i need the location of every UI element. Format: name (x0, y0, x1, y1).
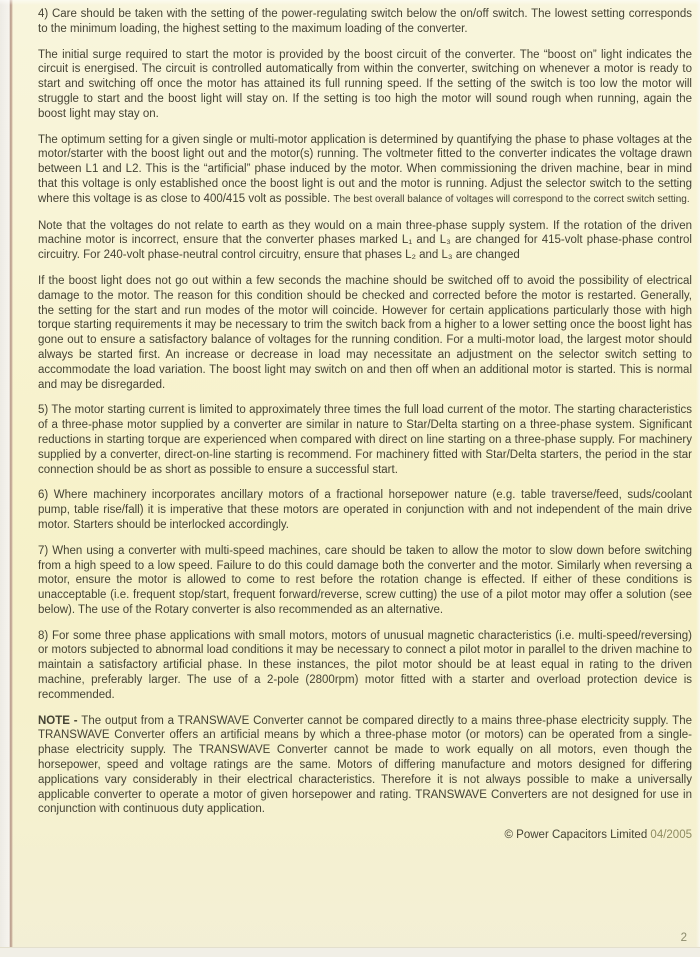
scan-edge-left (0, 0, 13, 957)
copyright-date: 04/2005 (650, 829, 692, 841)
paragraph-earth-voltages-note: Note that the voltages do not relate to … (38, 219, 692, 263)
page-number: 2 (681, 932, 687, 944)
paragraph-item6-ancillary-motors: 6) Where machinery incorporates ancillar… (38, 488, 692, 532)
note-label: NOTE - (38, 715, 78, 727)
paragraph-note-transwave: NOTE - The output from a TRANSWAVE Conve… (38, 714, 692, 818)
paragraph-boost-light-troubleshooting: If the boost light does not go out withi… (38, 274, 692, 392)
scan-edge-right (696, 0, 700, 957)
paragraph-optimum-setting-small: The best overall balance of voltages wil… (333, 194, 689, 205)
paragraph-item4-switch-setting: 4) Care should be taken with the setting… (38, 7, 692, 37)
scan-edge-bottom (0, 947, 700, 957)
paragraph-item8-pilot-motor: 8) For some three phase applications wit… (38, 629, 692, 703)
paragraph-item5-starting-current: 5) The motor starting current is limited… (38, 403, 692, 477)
copyright-text: © Power Capacitors Limited (505, 829, 648, 841)
page-content: 4) Care should be taken with the setting… (38, 7, 692, 854)
scanned-document-page: 4) Care should be taken with the setting… (0, 0, 700, 957)
paragraph-boost-circuit: The initial surge required to start the … (38, 48, 692, 122)
scan-edge-top (0, 0, 700, 5)
note-body: The output from a TRANSWAVE Converter ca… (38, 715, 692, 816)
copyright-line: © Power Capacitors Limited 04/2005 (38, 828, 692, 843)
paragraph-item7-multi-speed: 7) When using a converter with multi-spe… (38, 544, 692, 618)
paragraph-optimum-setting: The optimum setting for a given single o… (38, 133, 692, 208)
